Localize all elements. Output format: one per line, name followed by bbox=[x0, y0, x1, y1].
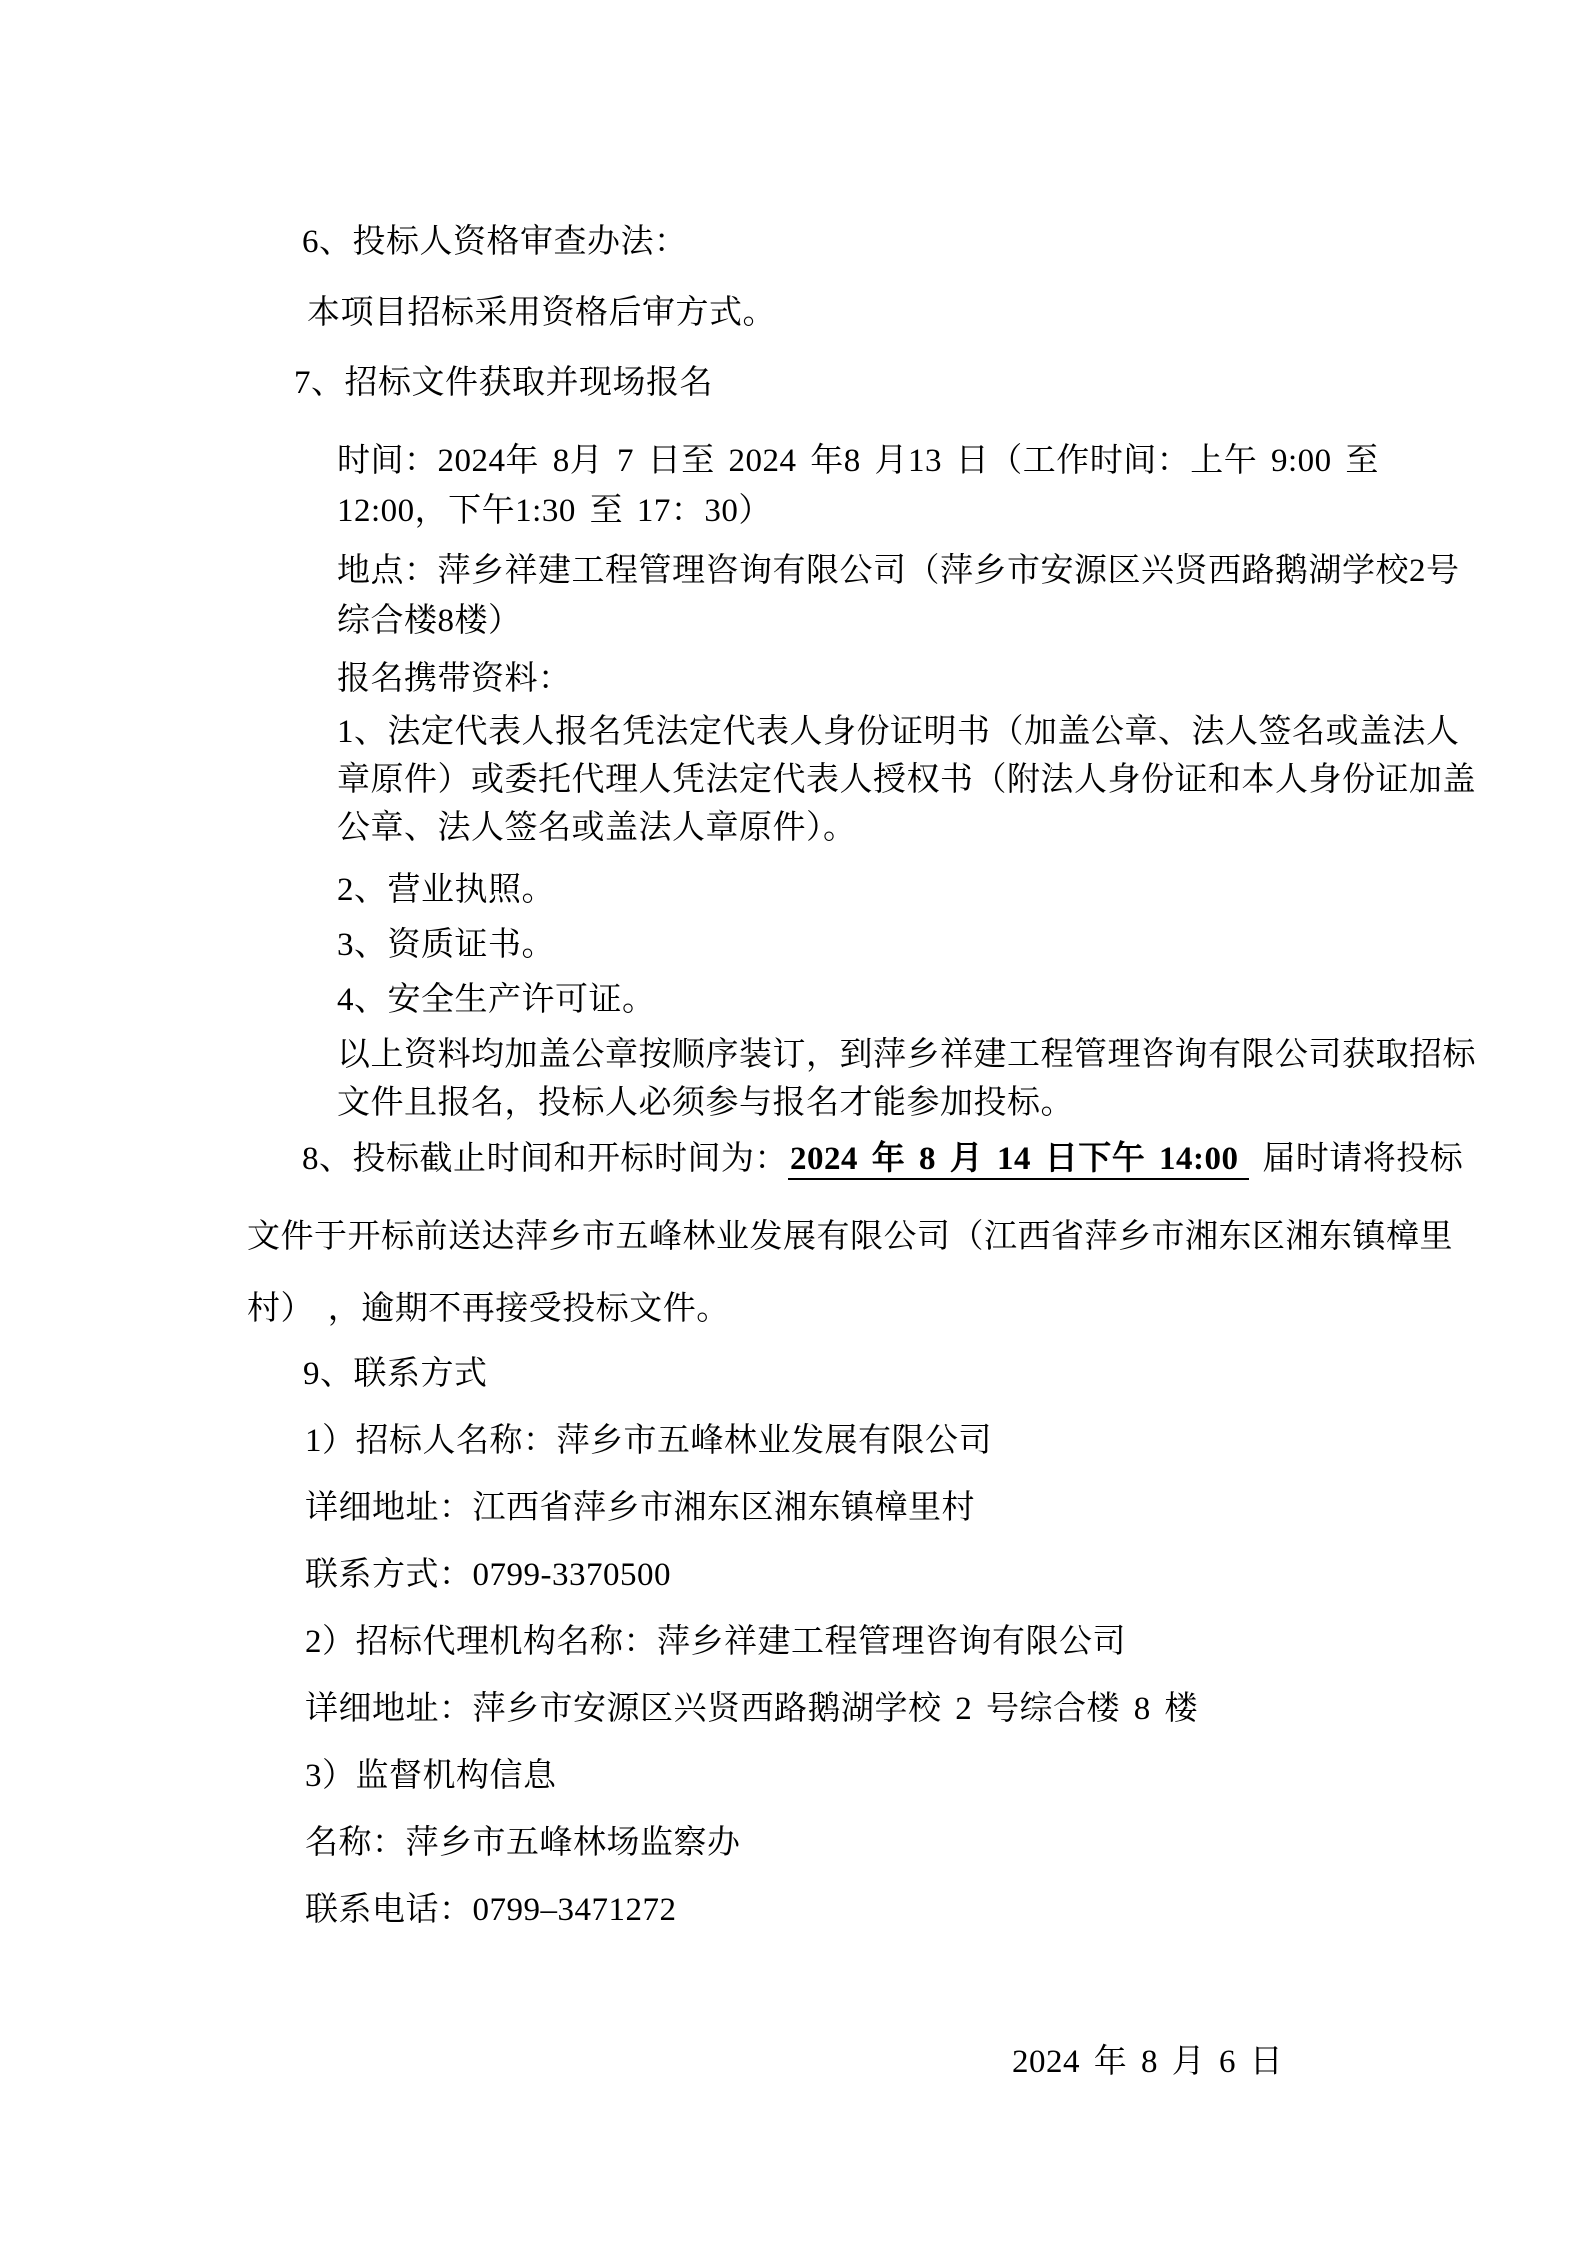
section-8-suffix: 届时请将投标 bbox=[1249, 1141, 1464, 1177]
section-6-body: 本项目招标采用资格后审方式。 bbox=[307, 289, 776, 337]
bid-deadline-text: 2024 年 8 月 14 日下午 14:00 bbox=[788, 1141, 1249, 1180]
materials-heading: 报名携带资料： bbox=[337, 655, 572, 703]
section-7-heading: 7、招标文件获取并现场报名 bbox=[294, 359, 713, 407]
document-page: 6、投标人资格审查办法： 本项目招标采用资格后审方式。 7、招标文件获取并现场报… bbox=[0, 0, 1587, 2245]
agency-address-line: 详细地址：萍乡市安源区兴贤西路鹅湖学校 2 号综合楼 8 楼 bbox=[305, 1685, 1198, 1733]
material-item-3: 3、资质证书。 bbox=[337, 921, 555, 969]
section-8-line-3: 村） ，逾期不再接受投标文件。 bbox=[247, 1285, 730, 1333]
document-date: 2024 年 8 月 6 日 bbox=[1012, 2038, 1283, 2086]
registration-time: 时间：2024年 8月 7 日至 2024 年8 月13 日（工作时间：上午 9… bbox=[337, 436, 1379, 536]
material-item-2: 2、营业执照。 bbox=[337, 866, 555, 914]
section-8-line-2: 文件于开标前送达萍乡市五峰林业发展有限公司（江西省萍乡市湘东区湘东镇樟里 bbox=[247, 1213, 1453, 1261]
material-item-4: 4、安全生产许可证。 bbox=[337, 976, 656, 1024]
material-item-1: 1、法定代表人报名凭法定代表人身份证明书（加盖公章、法人签名或盖法人 章原件）或… bbox=[337, 708, 1476, 852]
agency-name-line: 2）招标代理机构名称：萍乡祥建工程管理咨询有限公司 bbox=[305, 1618, 1126, 1666]
supervisor-name-line: 名称：萍乡市五峰林场监察办 bbox=[305, 1819, 741, 1867]
section-6-heading: 6、投标人资格审查办法： bbox=[302, 218, 688, 266]
section-9-heading: 9、联系方式 bbox=[303, 1350, 488, 1398]
tenderer-phone-line: 联系方式：0799-3370500 bbox=[305, 1551, 671, 1599]
tenderer-name-line: 1）招标人名称：萍乡市五峰林业发展有限公司 bbox=[305, 1417, 992, 1465]
tenderer-address-line: 详细地址：江西省萍乡市湘东区湘东镇樟里村 bbox=[305, 1484, 975, 1532]
supervisor-phone-line: 联系电话：0799–3471272 bbox=[305, 1886, 677, 1934]
materials-closing-note: 以上资料均加盖公章按顺序装订，到萍乡祥建工程管理咨询有限公司获取招标 文件且报名… bbox=[337, 1031, 1476, 1127]
supervisor-heading-line: 3）监督机构信息 bbox=[305, 1752, 557, 1800]
section-8-line-1: 8、投标截止时间和开标时间为：2024 年 8 月 14 日下午 14:00 届… bbox=[302, 1135, 1463, 1183]
registration-location: 地点：萍乡祥建工程管理咨询有限公司（萍乡市安源区兴贤西路鹅湖学校2号 综合楼8楼… bbox=[337, 546, 1460, 646]
section-8-prefix: 8、投标截止时间和开标时间为： bbox=[302, 1141, 788, 1177]
